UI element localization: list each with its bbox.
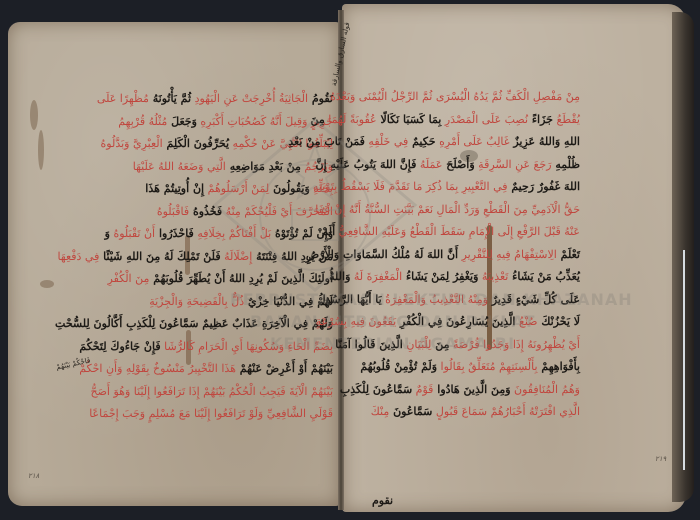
manuscript-line: مِنْ مَفْصِلِ الْكَفِّ ثُمَّ يَدُهُ الْي… bbox=[330, 90, 580, 104]
red-ink-text: إِضْلَالَهُ bbox=[221, 250, 253, 263]
red-ink-text: فِي دَفْعِهَا bbox=[58, 250, 100, 263]
manuscript-line: عَلَى كُلِّ شَيْءٍ قَدِيرٌ وَمِنْهُ التَ… bbox=[318, 293, 580, 307]
red-ink-text: حَقُّ الْآدَمِيِّ مِنَ الْقَطْعِ وَرَدِّ… bbox=[315, 203, 580, 216]
catchword: نقوم bbox=[372, 494, 393, 507]
black-ink-text: عَلَى كُلِّ شَيْءٍ قَدِيرٌ bbox=[488, 293, 580, 306]
manuscript-line: يُقْطَعُ جَزَاءً نُصِبَ عَلَى الْمَصْدَر… bbox=[310, 113, 580, 127]
black-ink-text: سَمَّاعُونَ bbox=[389, 405, 432, 418]
black-ink-text: يُعَذِّبُ مَنْ يَشَاءُ bbox=[508, 270, 580, 283]
red-ink-text: قَوْمٌ bbox=[412, 383, 433, 396]
black-ink-text: الَّذِينَ يُسَارِعُونَ فِي الْكُفْرِ bbox=[396, 315, 515, 328]
black-ink-text: وَلَمْ تُؤْمِنْ قُلُوبُهُمْ bbox=[360, 360, 437, 373]
manuscript-line: بَيْنَهُمْ الْآيَةَ فَيَجِبُ الْحُكْمُ ب… bbox=[90, 385, 333, 399]
black-ink-text: يَا أَيُّهَا الرَّسُولُ bbox=[318, 293, 382, 306]
manuscript-line: اللهِ وَاللهُ عَزِيزٌ غَالِبٌ عَلَى أَمْ… bbox=[288, 135, 580, 149]
manuscript-line: بِضَمِّ الْحَاءِ وَسُكُونِهَا أَيِ الْحَ… bbox=[79, 340, 333, 354]
manuscript-line: حَقُّ الْآدَمِيِّ مِنَ الْقَطْعِ وَرَدِّ… bbox=[315, 203, 580, 217]
red-ink-text: عُقُوبَةً لَهُمَا bbox=[325, 113, 377, 126]
black-ink-text: فَاحْذَرُوا bbox=[155, 227, 194, 240]
manuscript-line: الْمُحَرَّفَ أَيْ فَلْيُحْكَمْ مِنْهُ فَ… bbox=[157, 205, 333, 219]
red-ink-text: لِمَنْ أَرْسَلُوهُمْ bbox=[204, 182, 269, 195]
red-ink-text: مِنْ مَفْصِلِ الْكَفِّ ثُمَّ يَدُهُ الْي… bbox=[330, 90, 580, 103]
red-ink-text: الْجَاثِيَةُ أُخْرِجَتْ عَنِ الْيَهُودِ bbox=[191, 92, 308, 105]
red-ink-text: بَلْ أَفْتَاكُمْ بِخِلَافِهِ bbox=[194, 227, 271, 240]
manuscript-line: اللهَ غَفُورٌ رَحِيمٌ فِي التَّعْبِيرِ ب… bbox=[313, 180, 580, 194]
black-ink-text: وَيَغْفِرُ لِمَنْ يَشَاءُ bbox=[402, 270, 478, 283]
red-ink-text: فَاقْبَلُوهُ bbox=[157, 205, 189, 218]
black-ink-text: فَخُذُوهُ bbox=[189, 205, 222, 218]
left-folio-mark: ٢١٨ bbox=[28, 472, 39, 480]
red-ink-text: بِضَمِّ الْحَاءِ وَسُكُونِهَا أَيِ الْحَ… bbox=[161, 340, 333, 353]
black-ink-text: أَلَمْ bbox=[321, 225, 335, 238]
red-ink-text: الْمَغْفِرَةَ لَهُ bbox=[350, 270, 402, 283]
red-ink-text: فِي التَّعْبِيرِ بِمَا ذُكِرَ مَا تَقَدَ… bbox=[313, 180, 508, 193]
black-ink-text: ظُلْمِهِ bbox=[552, 158, 580, 171]
red-ink-text: الَّتِي وَضَعَهُ اللهُ عَلَيْهَا bbox=[133, 160, 226, 173]
black-ink-text: فَإِنَّ اللهَ يَتُوبُ عَلَيْهِ إِنَّ bbox=[315, 158, 416, 171]
manuscript-line: ظُلْمِهِ رَجَعَ عَنِ السَّرِقَةِ وَأَصْل… bbox=[315, 158, 580, 172]
red-ink-text: الْعِبْرِيَّ وَبَدَّلُوهُ bbox=[101, 137, 163, 150]
black-ink-text: وَلَهُمْ فِي الْآخِرَةِ عَذَابٌ عَظِيمٌ bbox=[198, 317, 333, 330]
black-ink-text: فَمَنْ تَابَ مِنْ بَعْدِ bbox=[288, 135, 365, 148]
black-ink-text: بِمَا كَسَبَا نَكَالًا bbox=[377, 113, 442, 126]
stain bbox=[38, 130, 44, 170]
black-ink-text: وَيَقُولُونَ bbox=[269, 182, 310, 195]
red-ink-text: تَعْذِيبَهُ bbox=[478, 270, 508, 283]
red-ink-text: رَجَعَ عَنِ السَّرِقَةِ bbox=[475, 158, 552, 171]
manuscript-line: بِأَفْوَاهِهِمْ بِأَلْسِنَتِهِمْ مُتَعَل… bbox=[360, 360, 580, 374]
right-folio-mark: ٢١٩ bbox=[655, 455, 666, 463]
black-ink-text: اللهَ غَفُورٌ رَحِيمٌ bbox=[508, 180, 581, 193]
black-ink-text: بَيْنَهُمْ أَوْ أَعْرِضْ عَنْهُمْ bbox=[236, 362, 333, 375]
stain bbox=[40, 280, 54, 288]
black-ink-text: سَمَّاعُونَ لِلْكَذِبِ bbox=[340, 383, 412, 396]
black-ink-text: وَاللهُ bbox=[329, 270, 350, 283]
black-ink-text: اللهِ وَاللهُ عَزِيزٌ bbox=[510, 135, 580, 148]
manuscript-line: وَهُمُ الْمُنَافِقُونَ وَمِنَ الَّذِينَ … bbox=[340, 383, 580, 397]
manuscript-line: عَنْهُ قَبْلَ الرَّفْعِ إِلَى الْإِمَامِ… bbox=[321, 225, 580, 239]
manuscript-line: قَوْلَيِ الشَّافِعِيِّ وَلَوْ تَرَافَعُو… bbox=[89, 407, 333, 421]
red-ink-text: هَذَا التَّخْيِيرُ مَنْسُوخٌ بِقَوْلِهِ … bbox=[79, 362, 236, 375]
manuscript-line: أَيْ يُظْهِرُونَهُ إِذَا وَجَدُوا فُرْصَ… bbox=[335, 338, 580, 352]
black-ink-text: جَزَاءً bbox=[528, 113, 553, 126]
red-ink-text: مِنَ الْكُفْرِ bbox=[108, 272, 150, 285]
red-ink-text: صُنْعُ bbox=[515, 315, 537, 328]
manuscript-line: جَرِيرٍ وَقِيلَ أَنَّهُ كَصُحُبَاتِ أَكْ… bbox=[118, 115, 333, 129]
black-ink-text: مِنَ bbox=[431, 338, 449, 351]
manuscript-line: لَا يَحْزُنْكَ صُنْعُ الَّذِينَ يُسَارِع… bbox=[316, 315, 580, 329]
red-ink-text: بَيْنَهُمْ الْآيَةَ فَيَجِبُ الْحُكْمُ ب… bbox=[90, 385, 333, 398]
red-ink-text: مِنْكَ bbox=[371, 405, 389, 418]
manuscript-line: مَنْ يُرِدِ اللهُ فِتْنَتَهُ إِضْلَالَهُ… bbox=[58, 250, 333, 264]
red-ink-text: عَمَلَهُ bbox=[416, 158, 442, 171]
black-ink-text: حَكِيمٌ bbox=[408, 135, 435, 148]
red-ink-text: مُظْهِرًا عَلَى bbox=[97, 92, 149, 105]
red-ink-text: وَمِنْهُ التَّعْذِيبُ وَالْمَغْفِرَةُ bbox=[382, 293, 488, 306]
manuscript-line: وَإِنْ لَمْ تُؤْتَوْهُ بَلْ أَفْتَاكُمْ … bbox=[105, 227, 333, 241]
black-ink-text: فَلَنْ تَمْلِكَ لَهُ مِنَ اللهِ شَيْئًا bbox=[99, 250, 220, 263]
black-ink-text: وَأَصْلَحَ bbox=[442, 158, 474, 171]
red-ink-text: بِأَلْسِنَتِهِمْ مُتَعَلِّقٌ بِقَالُوا bbox=[437, 360, 538, 373]
manuscript-line: وَيَرْجُمُ مِنْ بَعْدِ مَوَاضِعِهِ الَّت… bbox=[133, 160, 333, 174]
red-ink-text: غَالِبٌ عَلَى أَمْرِهِ bbox=[436, 135, 510, 148]
red-ink-text: ذُلٌّ بِالْفَضِيحَةِ وَالْجِزْيَةِ bbox=[149, 295, 244, 308]
black-ink-text: لَا يَحْزُنْكَ bbox=[538, 315, 581, 328]
black-ink-text: سَمَّاعُونَ لِلْكَذِبِ أَكَّالُونَ لِلسُ… bbox=[55, 317, 198, 330]
black-ink-text: يُحَرِّفُونَ الْكَلِمَ bbox=[163, 137, 229, 150]
black-ink-text: بِأَفْوَاهِهِمْ bbox=[538, 360, 580, 373]
right-page-text: مِنْ مَفْصِلِ الْكَفِّ ثُمَّ يَدُهُ الْي… bbox=[350, 90, 580, 420]
red-ink-text: أَنْ تَقْبَلُوهُ bbox=[110, 227, 155, 240]
red-ink-text: الِاسْتِفْهَامُ فِيهِ لِلتَّقْرِيرِ bbox=[458, 248, 557, 261]
manuscript-line: الَّذِي افْتَرَتْهُ أَحْبَارُهُمْ سَمَاع… bbox=[371, 405, 580, 419]
red-ink-text: فِي خَلْقِهِ bbox=[365, 135, 408, 148]
black-ink-text: وَجَعَلَ bbox=[167, 115, 197, 128]
red-ink-text: أَيْ يُظْهِرُونَهُ إِذَا وَجَدُوا فُرْصَ… bbox=[450, 338, 580, 351]
black-ink-text: فَإِنْ جَاءُوكَ لِتَحْكُمَ bbox=[79, 340, 160, 353]
black-ink-text: مِنَ bbox=[310, 113, 324, 126]
red-ink-text: مُثْلُهُ قُرْبِهِمُ bbox=[118, 115, 167, 128]
black-ink-text: مِنْ بَعْدِ مَوَاضِعِهِ bbox=[226, 160, 301, 173]
red-ink-text: عَنْهُ قَبْلَ الرَّفْعِ إِلَى الْإِمَامِ… bbox=[335, 225, 580, 238]
red-ink-text: قَوْلَيِ الشَّافِعِيِّ وَلَوْ تَرَافَعُو… bbox=[89, 407, 333, 420]
manuscript-line: يُعَذِّبُ مَنْ يَشَاءُ تَعْذِيبَهُ وَيَغ… bbox=[329, 270, 580, 284]
red-ink-text: لِلْبَيَانِ bbox=[403, 338, 432, 351]
black-ink-text: الَّذِينَ قَالُوا آمَنَّا bbox=[335, 338, 403, 351]
black-ink-text: إِنْ أُوتِيتُمْ هَذَا bbox=[145, 182, 204, 195]
red-ink-text: نُصِبَ عَلَى الْمَصْدَرِ bbox=[441, 113, 528, 126]
manuscript-line: تَعْلَمْ الِاسْتِفْهَامُ فِيهِ لِلتَّقْر… bbox=[306, 248, 580, 262]
black-ink-text: أَنَّ اللهَ لَهُ مُلْكُ السَّمَاوَاتِ وَ… bbox=[306, 248, 458, 261]
black-ink-text: وَمِنَ الَّذِينَ هَادُوا bbox=[433, 383, 510, 396]
manuscript-line: بَيْنَهُمْ أَوْ أَعْرِضْ عَنْهُمْ هَذَا … bbox=[79, 362, 333, 376]
red-ink-text: الَّذِي افْتَرَتْهُ أَحْبَارُهُمْ سَمَاع… bbox=[432, 405, 580, 418]
manuscript-line: وَلَهُمْ فِي الْآخِرَةِ عَذَابٌ عَظِيمٌ … bbox=[55, 317, 333, 331]
manuscript-photo: نَقُومُ الْجَاثِيَةُ أُخْرِجَتْ عَنِ الْ… bbox=[0, 0, 700, 520]
red-ink-text: وَهُمُ الْمُنَافِقُونَ bbox=[511, 383, 580, 396]
red-ink-text: يُقْطَعُ bbox=[553, 113, 580, 126]
manuscript-line: نَقُومُ الْجَاثِيَةُ أُخْرِجَتْ عَنِ الْ… bbox=[97, 92, 333, 106]
manuscript-line: بِحَلِّهِ وَيَقُولُونَ لِمَنْ أَرْسَلُوه… bbox=[145, 182, 333, 196]
light-glare bbox=[683, 250, 685, 470]
manuscript-line: لَهُمْ فِي الدُّنْيَا خِزْيٌ ذُلٌّ بِالْ… bbox=[149, 295, 333, 309]
red-ink-text: يَقَعُونَ فِيهِ بِسُرْعَةٍ bbox=[316, 315, 397, 328]
black-ink-text: أُولَئِكَ الَّذِينَ لَمْ يُرِدِ اللهُ أَ… bbox=[149, 272, 333, 285]
stain bbox=[30, 100, 38, 130]
black-ink-text: ثُمَّ يَأْتُونَهُ bbox=[149, 92, 191, 105]
black-ink-text: تَعْلَمْ bbox=[557, 248, 580, 261]
manuscript-line: أُولَئِكَ الَّذِينَ لَمْ يُرِدِ اللهُ أَ… bbox=[108, 272, 334, 286]
